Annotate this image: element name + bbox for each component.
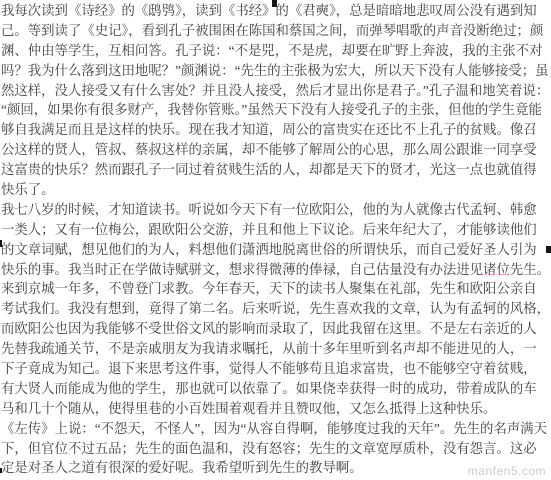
text-line: 一类人；又有一位梅公，跟欧阳公交游，并且和他上下议论。后来年纪大了，才能够读他们 bbox=[1, 220, 551, 240]
scan-artifact bbox=[272, 0, 277, 7]
text-line: 马和几十个随从，使得里巷的小百姓围着观看并且赞叹他，又怎么抵得上这种快乐。 bbox=[1, 399, 551, 419]
text-line: 这富贵的快乐？然而跟孔子一同过着贫贱生活的人，却都是天下的贤才，光这一点也就值得 bbox=[1, 160, 551, 180]
watermark: manfen5.com bbox=[468, 464, 546, 478]
paragraph: 我七八岁的时候，才知道读书。听说如今天下有一位欧阳公，他的为人就像古代孟轲、韩愈… bbox=[1, 200, 551, 419]
paragraph: 我每次读到《诗经》的《鸱鸮》，读到《书经》的《君奭》，总是暗暗地悲叹周公没有遇到… bbox=[1, 1, 551, 200]
text-line: 吗？我为什么落到这田地呢？”颜渊说：“先生的主张极为宏大，所以天下没有人能够接受… bbox=[1, 61, 551, 81]
text-line: 下，但官位不过五品；先生的面色温和，没有怒容；先生的文章宽厚质朴，没有怨言。这必 bbox=[1, 439, 551, 459]
text-line: 快乐了。 bbox=[1, 180, 551, 200]
text-line: 然这样，没人接受又有什么害处？并且没人接受，然后才显出你是君子。”孔子温和地笑着… bbox=[1, 81, 551, 101]
text-line: 公这样的贤人，管叔、蔡叔这样的亲属，却不能够了解周公的心思，那么周公跟谁一同享受 bbox=[1, 140, 551, 160]
text-line: 《左传》上说：“不怨天，不怪人”，因为“从容自得啊，能够度过我的天年”。先生的名… bbox=[1, 419, 551, 439]
text-line: 的文章词赋，想见他们的为人，料想他们潇洒地脱离世俗的所谓快乐，而自己爱好圣人引为 bbox=[1, 240, 551, 260]
text-line: 我七八岁的时候，才知道读书。听说如今天下有一位欧阳公，他的为人就像古代孟轲、韩愈 bbox=[1, 200, 551, 220]
spellcheck-underline bbox=[482, 274, 509, 275]
text-line: 考试我们。我没有想到，竟得了第二名。后来听说，先生喜欢我的文章，认为有孟轲的风格… bbox=[1, 299, 551, 319]
text-line: 而欧阳公也因为我能够不受世俗文风的影响而录取了，因此我留在这里。不是左右亲近的人 bbox=[1, 319, 551, 339]
text-line: “颜回，如果你有很多财产，我替你管账。”虽然天下没有人接受孔子的主张，但他的学生… bbox=[1, 100, 551, 120]
text-line: 快乐的事。我当时正在学做诗赋骈文，想求得微薄的俸禄，自己估量没有办法进见诸位先生… bbox=[1, 260, 551, 280]
scan-artifact bbox=[546, 246, 551, 253]
text-line: 下子竟成为知己。退下来思考这件事，觉得人不能够苟且追求富贵，也不能够空守着贫贱， bbox=[1, 359, 551, 379]
scan-artifact bbox=[0, 468, 2, 473]
text-line: 渊、仲由等学生，互相问答。孔子说：“不是兕，不是虎，却要在旷野上奔波，我的主张不… bbox=[1, 41, 551, 61]
text-line: 己。等到读了《史记》，看到孔子被围困在陈国和蔡国之间，而弹琴唱歌的声音没断绝过；… bbox=[1, 21, 551, 41]
text-line: 有大贤人而能成为他的学生，那也就可以依靠了。如果侥幸获得一时的成功，带着成队的车 bbox=[1, 379, 551, 399]
text-body: 我每次读到《诗经》的《鸱鸮》，读到《书经》的《君奭》，总是暗暗地悲叹周公没有遇到… bbox=[1, 1, 551, 478]
document-page: 我每次读到《诗经》的《鸱鸮》，读到《书经》的《君奭》，总是暗暗地悲叹周公没有遇到… bbox=[0, 0, 551, 480]
text-line: 来到京城一年多，不曾登门求教。今年春天，天下的读书人聚集在礼部，先生和欧阳公亲自 bbox=[1, 279, 551, 299]
text-line: 先替我疏通关节，不是亲戚朋友为我请求嘱托，从前十多年里听到名声却不能进见的人，一 bbox=[1, 339, 551, 359]
text-line: 够自我满足而且是这样的快乐。现在我才知道，周公的富贵实在还比不上孔子的贫贱。像召 bbox=[1, 120, 551, 140]
scan-artifact bbox=[0, 240, 2, 247]
